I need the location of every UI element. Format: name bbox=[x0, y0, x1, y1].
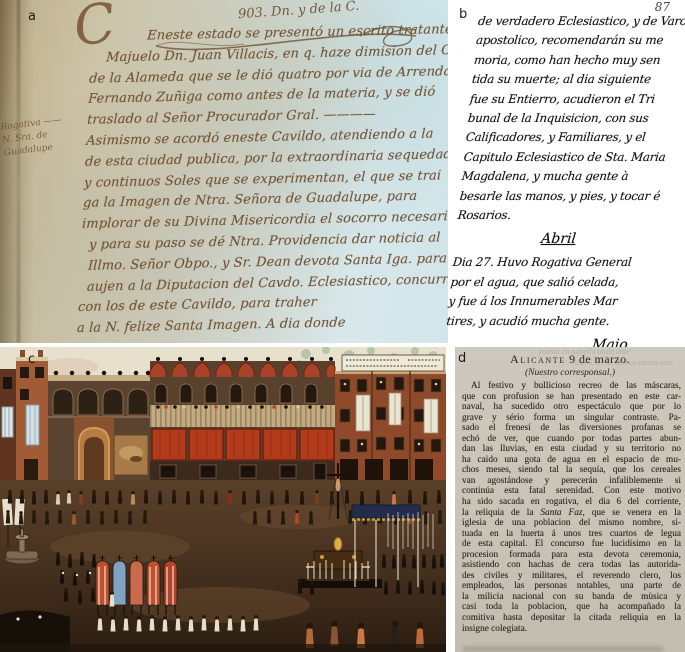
cutoff-next-line bbox=[463, 646, 663, 652]
text-line: tida su muerte; al dia siguiente bbox=[471, 70, 685, 89]
text-line: Calificadores, y Familiares, y el bbox=[465, 128, 683, 147]
text-line: naval, ha sucedido otro espectáculo que … bbox=[462, 402, 681, 413]
text-line: y fue á los Innumerables Mar bbox=[448, 292, 666, 311]
text-line: procesion formada para esta devota cerem… bbox=[462, 550, 681, 561]
text-line: tires, y acudió mucha gente. bbox=[446, 312, 664, 331]
panel-label-b: b bbox=[459, 7, 467, 22]
text-line: ha sido sacada en rogativa, el dia 6 del… bbox=[462, 497, 681, 508]
text-line: Capitulo Eclesiastico de Sta. Maria bbox=[463, 148, 681, 167]
handwriting-paragraph: de verdadero Eclesiastico, y de Varonapo… bbox=[457, 12, 685, 225]
panel-label-a: a bbox=[28, 9, 36, 24]
text-line: Magdalena, y mucha gente à bbox=[461, 167, 679, 186]
central-building bbox=[48, 371, 150, 482]
panel-d-newspaper-clipping: puesta en aquella tarde ante con S. E. d… bbox=[455, 347, 685, 652]
bleedthrough-text: puesta en aquella tarde ante bbox=[539, 347, 630, 356]
month-heading-april: Abril bbox=[540, 228, 672, 250]
text-line: por el agua, que salió celada, bbox=[450, 273, 668, 292]
text-line: apostolico, recomendarán su me bbox=[475, 31, 685, 50]
panel-a-manuscript-photo: C 903. Dn. y de la C. Rogativa —— N. Sra… bbox=[0, 0, 448, 343]
right-brick-houses bbox=[335, 355, 446, 482]
manuscript-text-block: Eneste estado se presentó un escrito tra… bbox=[76, 20, 448, 340]
article-paragraph: Al festivo y bullicioso recreo de las má… bbox=[462, 381, 681, 508]
text-line: Dia 27. Huvo Rogativa General bbox=[452, 253, 670, 272]
procession-painting bbox=[0, 347, 446, 652]
text-line: moria, como han hecho muy sen bbox=[473, 51, 685, 70]
article-paragraph: iglesia de una poblacion del mismo nombr… bbox=[462, 518, 681, 634]
handwritten-text-block: de verdadero Eclesiastico, y de Varonapo… bbox=[443, 12, 685, 356]
handwriting-paragraph: Dia 27. Huvo Rogativa Generalpor el agua… bbox=[446, 253, 670, 331]
text-line: asistiendo con hachas de cera todas las … bbox=[462, 560, 681, 571]
text-line: sado el frenesí de las diversiones profa… bbox=[462, 423, 681, 434]
panel-c-painting bbox=[0, 347, 446, 652]
text-line: dan las lluvias, en esta ciudad y su ter… bbox=[462, 444, 681, 455]
text-segment: , que se venera en la bbox=[582, 508, 681, 518]
text-segment: la reliquia de la bbox=[462, 508, 540, 518]
text-line: besarle las manos, y pies, y tocar é bbox=[459, 187, 677, 206]
text-line: van agostándose y perecerán infaliblemen… bbox=[462, 476, 681, 487]
panel-label-d: d bbox=[458, 351, 466, 366]
text-line: Rosarios. bbox=[457, 206, 675, 225]
text-line: iglesia de una poblacion del mismo nombr… bbox=[462, 518, 681, 529]
page-crease bbox=[17, 0, 20, 343]
text-line: comitiva hasta depositar la citada reliq… bbox=[462, 613, 681, 624]
text-line: la milicia nacional con su banda de mùsi… bbox=[462, 592, 681, 603]
collar-dot bbox=[16, 617, 19, 620]
text-line: tuada en la huerta á unos tres cuartos d… bbox=[462, 529, 681, 540]
text-line: echó de ver, que cuando por todas partes… bbox=[462, 434, 681, 445]
painting-inscription-cartouche bbox=[342, 355, 444, 371]
red-drapes-row bbox=[152, 429, 334, 460]
bleedthrough-text: con S. E. de dichos varios mas bbox=[575, 358, 673, 367]
panel-b-handwritten-page: 87 de verdadero Eclesiastico, y de Varon… bbox=[448, 0, 685, 345]
text-line: chos meses, siendo tal la sequía, que lo… bbox=[462, 465, 681, 476]
left-houses bbox=[0, 350, 48, 482]
palace-red-drapes bbox=[150, 357, 335, 482]
text-line: casi toda la poblacion, que ha acompañad… bbox=[462, 602, 681, 613]
text-line: ha caido una gota de agua en el espacio … bbox=[462, 455, 681, 466]
text-line: de verdadero Eclesiastico, y de Varon bbox=[477, 12, 685, 31]
text-line: la reliquia de la Santa Faz, que se vene… bbox=[462, 508, 681, 519]
figure-canvas: C 903. Dn. y de la C. Rogativa —— N. Sra… bbox=[0, 0, 685, 652]
santa-faz-italic: Santa Faz bbox=[540, 508, 582, 518]
text-line: Al festivo y bullicioso recreo de las má… bbox=[462, 381, 681, 392]
text-line: insigne colegiata. bbox=[462, 624, 681, 635]
text-line: continúa esta fatal serenidad. Con este … bbox=[462, 486, 681, 497]
text-line: bunal de la Inquisicion, con sus bbox=[467, 109, 685, 128]
text-line: de esta capital. El concurso fue lucidís… bbox=[462, 539, 681, 550]
correspondent-byline: (Nuestro corresponsal.) bbox=[455, 368, 685, 378]
text-line: des civiles y militares, el reverendo cl… bbox=[462, 571, 681, 582]
panel-label-c: c bbox=[28, 352, 35, 367]
collar-dot bbox=[38, 615, 41, 618]
text-line: que con profusion se han presentado en e… bbox=[462, 392, 681, 403]
text-line: grave y sério forma un singular contrast… bbox=[462, 413, 681, 424]
text-line: fue su Entierro, acudieron el Tri bbox=[469, 90, 685, 109]
text-line: empleados, las personas notables, una pa… bbox=[462, 581, 681, 592]
bottom-vignette bbox=[0, 644, 446, 652]
